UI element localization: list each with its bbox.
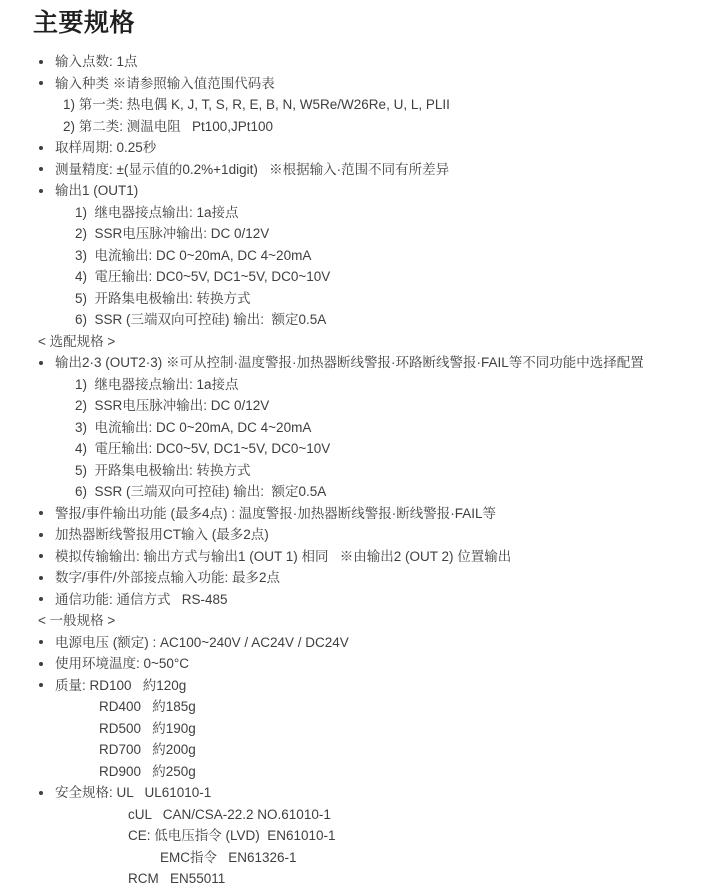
spec-line: 取样周期: 0.25秒 (0, 137, 708, 159)
spec-line: 6) SSR (三端双向可控硅) 输出: 额定0.5A (0, 481, 708, 503)
bullet-icon (39, 791, 43, 795)
bullet-icon (39, 533, 43, 537)
spec-line: 1) 继电器接点输出: 1a接点 (0, 202, 708, 224)
bullet-icon (39, 683, 43, 687)
bullet-icon (39, 361, 43, 365)
spec-line: 输入点数: 1点 (0, 51, 708, 73)
spec-line: 2) SSR电压脉冲输出: DC 0/12V (0, 223, 708, 245)
bullet-icon (39, 167, 43, 171)
spec-line: RD500 約190g (0, 718, 708, 740)
spec-line: 2) SSR电压脉冲输出: DC 0/12V (0, 395, 708, 417)
spec-line: EMC指令 EN61326-1 (0, 847, 708, 869)
spec-line: RD700 約200g (0, 739, 708, 761)
bullet-icon (39, 576, 43, 580)
section-header: < 选配规格 > (0, 331, 708, 353)
spec-line: 测量精度: ±(显示值的0.2%+1digit) ※根据输入·范围不同有所差异 (0, 159, 708, 181)
section-header: < 一般规格 > (0, 610, 708, 632)
page-title: 主要规格 (33, 8, 708, 38)
spec-line: 输出1 (OUT1) (0, 180, 708, 202)
bullet-icon (39, 597, 43, 601)
spec-line: 4) 電圧输出: DC0~5V, DC1~5V, DC0~10V (0, 266, 708, 288)
spec-line: 4) 電圧输出: DC0~5V, DC1~5V, DC0~10V (0, 438, 708, 460)
spec-line: CE: 低电压指令 (LVD) EN61010-1 (0, 825, 708, 847)
spec-line: 警报/事件输出功能 (最多4点) : 温度警报·加热器断线警报·断线警报·FAI… (0, 503, 708, 525)
spec-line: RD400 約185g (0, 696, 708, 718)
spec-document: 主要规格 输入点数: 1点输入种类 ※请参照输入值范围代码表1) 第一类: 热电… (0, 8, 708, 890)
spec-line: 质量: RD100 約120g (0, 675, 708, 697)
bullet-icon (39, 60, 43, 64)
bullet-icon (39, 662, 43, 666)
spec-line: 输入种类 ※请参照输入值范围代码表 (0, 73, 708, 95)
spec-line: 通信功能: 通信方式 RS-485 (0, 589, 708, 611)
spec-list: 输入点数: 1点输入种类 ※请参照输入值范围代码表1) 第一类: 热电偶 K, … (0, 51, 708, 890)
spec-line: 5) 开路集电极输出: 转换方式 (0, 460, 708, 482)
spec-line: 3) 电流输出: DC 0~20mA, DC 4~20mA (0, 417, 708, 439)
bullet-icon (39, 640, 43, 644)
spec-line: 模拟传输输出: 输出方式与输出1 (OUT 1) 相同 ※由输出2 (OUT 2… (0, 546, 708, 568)
spec-line: 安全规格: UL UL61010-1 (0, 782, 708, 804)
spec-line: 5) 开路集电极输出: 转换方式 (0, 288, 708, 310)
spec-line: 电源电压 (额定) : AC100~240V / AC24V / DC24V (0, 632, 708, 654)
bullet-icon (39, 511, 43, 515)
spec-line: 加热器断线警报用CT输入 (最多2点) (0, 524, 708, 546)
spec-line: 使用环境温度: 0~50°C (0, 653, 708, 675)
spec-line: 6) SSR (三端双向可控硅) 输出: 额定0.5A (0, 309, 708, 331)
spec-line: RCM EN55011 (0, 868, 708, 890)
bullet-icon (39, 554, 43, 558)
bullet-icon (39, 81, 43, 85)
spec-line: RD900 約250g (0, 761, 708, 783)
spec-line: 1) 第一类: 热电偶 K, J, T, S, R, E, B, N, W5Re… (0, 94, 708, 116)
bullet-icon (39, 189, 43, 193)
spec-line: 1) 继电器接点输出: 1a接点 (0, 374, 708, 396)
bullet-icon (39, 146, 43, 150)
spec-line: cUL CAN/CSA-22.2 NO.61010-1 (0, 804, 708, 826)
spec-line: 输出2·3 (OUT2·3) ※可从控制·温度警报·加热器断线警报·环路断线警报… (0, 352, 708, 374)
spec-line: 3) 电流输出: DC 0~20mA, DC 4~20mA (0, 245, 708, 267)
spec-line: 数字/事件/外部接点输入功能: 最多2点 (0, 567, 708, 589)
spec-line: 2) 第二类: 测温电阻 Pt100,JPt100 (0, 116, 708, 138)
